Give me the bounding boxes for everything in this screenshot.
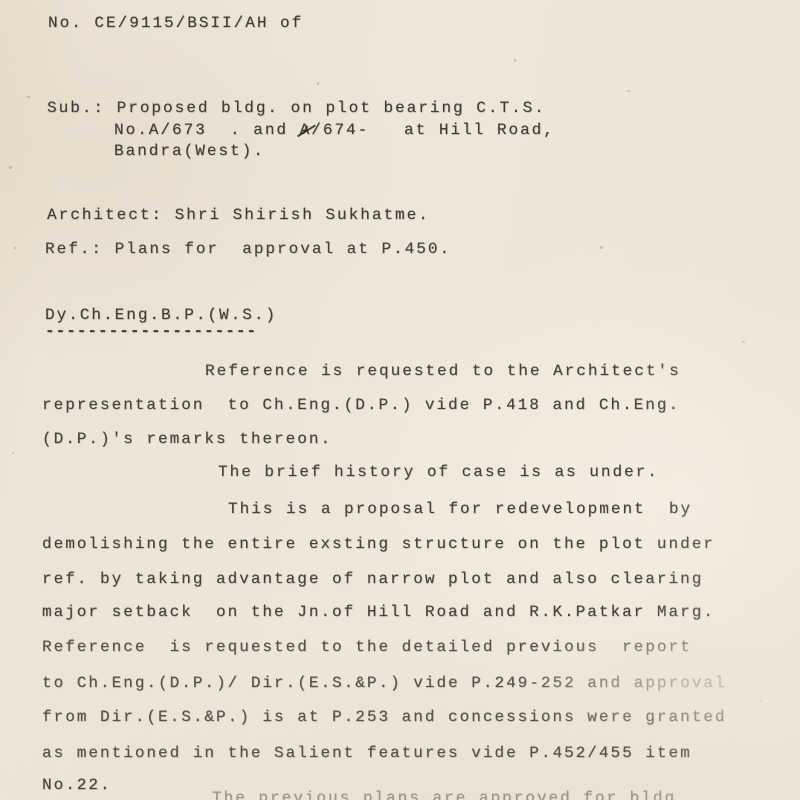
paper-speck xyxy=(742,341,745,343)
body-line: ref. by taking advantage of narrow plot … xyxy=(42,570,703,588)
reference-line: Ref.: Plans for approval at P.450. xyxy=(45,240,451,258)
subject-line-1: Sub.: Proposed bldg. on plot bearing C.T… xyxy=(47,99,546,117)
paper-speck xyxy=(627,90,630,92)
body-line: to Ch.Eng.(D.P.)/ Dir.(E.S.&P.) vide P.2… xyxy=(42,674,727,692)
paper-speck xyxy=(317,82,319,85)
body-line: No.22. xyxy=(42,776,112,794)
paper-speck xyxy=(514,59,516,62)
paper-speck xyxy=(600,246,603,249)
body-line: as mentioned in the Salient features vid… xyxy=(42,744,692,762)
paper-speck xyxy=(760,700,762,702)
body-line-clipped: The previous plans are approved for bldg xyxy=(212,789,676,800)
paper-speck xyxy=(27,96,30,98)
body-line: Reference is requested to the detailed p… xyxy=(42,638,692,656)
body-line: demolishing the entire exsting structure… xyxy=(42,535,715,553)
body-line: (D.P.)'s remarks thereon. xyxy=(42,430,332,448)
body-line: major setback on the Jn.of Hill Road and… xyxy=(42,603,715,621)
addressee-underline: -------------------- xyxy=(45,322,257,340)
paper-speck xyxy=(14,247,16,249)
document-ref-number: No. CE/9115/BSII/AH of xyxy=(48,14,303,32)
scanned-document-page: No. CE/9115/BSII/AH of Sub.: Proposed bl… xyxy=(0,0,800,800)
body-line: from Dir.(E.S.&P.) is at P.253 and conce… xyxy=(42,708,727,726)
paper-speck xyxy=(9,166,12,169)
paper-speck xyxy=(12,452,14,454)
body-line: This is a proposal for redevelopment by xyxy=(228,500,692,518)
architect-line: Architect: Shri Shirish Sukhatme. xyxy=(47,206,430,224)
subject-line-3: Bandra(West). xyxy=(114,142,265,160)
handwritten-strike-mark: A xyxy=(300,121,312,139)
subject-line-2-pre: No.A/673 . and xyxy=(114,121,300,139)
body-line: Reference is requested to the Architect'… xyxy=(205,362,681,380)
subject-line-2: No.A/673 . and A/674- at Hill Road, xyxy=(114,121,555,139)
body-line: The brief history of case is as under. xyxy=(218,463,659,481)
body-line: representation to Ch.Eng.(D.P.) vide P.4… xyxy=(42,396,680,414)
subject-line-2-post: /674- at Hill Road, xyxy=(311,121,555,139)
